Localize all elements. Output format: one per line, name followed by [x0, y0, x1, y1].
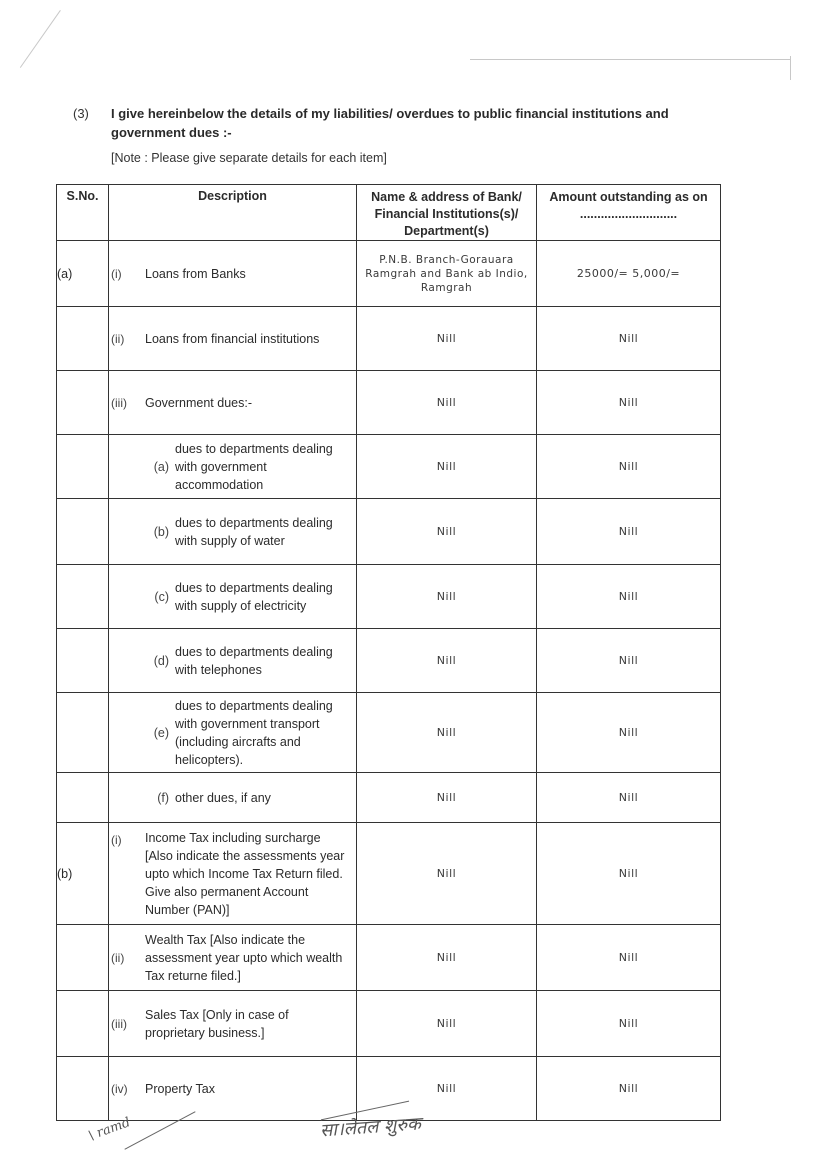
- table-body: (a)(i)Loans from BanksP.N.B. Branch-Gora…: [57, 241, 721, 1121]
- item-numeral: (ii): [109, 332, 145, 346]
- sub-item-label: (d): [137, 654, 175, 668]
- table-row: (f)other dues, if anyNillNill: [57, 773, 721, 823]
- cell-sno: (b): [57, 823, 109, 925]
- description-text: Wealth Tax [Also indicate the assessment…: [145, 931, 350, 985]
- item-numeral: (iii): [109, 1017, 145, 1031]
- cell-description: (e)dues to departments dealing with gove…: [109, 693, 357, 773]
- cell-description: (c)dues to departments dealing with supp…: [109, 565, 357, 629]
- cell-bank-name: Nill: [357, 1057, 537, 1121]
- cell-sno: [57, 925, 109, 991]
- description-text: Income Tax including surcharge [Also ind…: [145, 829, 350, 919]
- cell-sno: [57, 773, 109, 823]
- description-text: dues to departments dealing with governm…: [175, 440, 350, 494]
- cell-bank-name: Nill: [357, 773, 537, 823]
- intro-text: I give hereinbelow the details of my lia…: [111, 104, 731, 142]
- scan-artifact-tick: [790, 56, 791, 80]
- item-numeral: (iv): [109, 1082, 145, 1096]
- cell-bank-name: Nill: [357, 629, 537, 693]
- sub-item-label: (f): [137, 791, 175, 805]
- cell-description: (a)dues to departments dealing with gove…: [109, 435, 357, 499]
- cell-sno: [57, 307, 109, 371]
- cell-bank-name: Nill: [357, 925, 537, 991]
- sub-item-label: (b): [137, 525, 175, 539]
- description-text: Loans from Banks: [145, 265, 246, 283]
- section-number: (3): [73, 104, 89, 123]
- cell-description: (f)other dues, if any: [109, 773, 357, 823]
- cell-bank-name: Nill: [357, 307, 537, 371]
- item-numeral: (iii): [109, 396, 145, 410]
- table-row: (iii)Government dues:-NillNill: [57, 371, 721, 435]
- table-row: (d)dues to departments dealing with tele…: [57, 629, 721, 693]
- cell-bank-name: Nill: [357, 823, 537, 925]
- cell-sno: [57, 565, 109, 629]
- cell-bank-name: Nill: [357, 693, 537, 773]
- description-text: dues to departments dealing with telepho…: [175, 643, 350, 679]
- table-row: (a)dues to departments dealing with gove…: [57, 435, 721, 499]
- cell-description: (b)dues to departments dealing with supp…: [109, 499, 357, 565]
- cell-amount: Nill: [537, 565, 721, 629]
- description-text: Government dues:-: [145, 394, 252, 412]
- cell-sno: [57, 435, 109, 499]
- cell-sno: [57, 629, 109, 693]
- cell-description: (iii)Government dues:-: [109, 371, 357, 435]
- table-row: (iii)Sales Tax [Only in case of propriet…: [57, 991, 721, 1057]
- table-row: (ii)Loans from financial institutionsNil…: [57, 307, 721, 371]
- cell-sno: [57, 991, 109, 1057]
- cell-description: (i)Income Tax including surcharge [Also …: [109, 823, 357, 925]
- cell-description: (i)Loans from Banks: [109, 241, 357, 307]
- header-amount: Amount outstanding as on ...............…: [537, 185, 721, 241]
- table-row: (ii)Wealth Tax [Also indicate the assess…: [57, 925, 721, 991]
- cell-description: (iii)Sales Tax [Only in case of propriet…: [109, 991, 357, 1057]
- cell-amount: Nill: [537, 435, 721, 499]
- description-text: Sales Tax [Only in case of proprietary b…: [145, 1006, 350, 1042]
- cell-amount: Nill: [537, 925, 721, 991]
- cell-bank-name: Nill: [357, 435, 537, 499]
- description-text: other dues, if any: [175, 789, 350, 807]
- cell-amount: Nill: [537, 1057, 721, 1121]
- cell-sno: [57, 371, 109, 435]
- note-text: [Note : Please give separate details for…: [111, 151, 387, 165]
- liabilities-table: S.No. Description Name & address of Bank…: [56, 184, 721, 1121]
- sub-item-label: (a): [137, 460, 175, 474]
- cell-bank-name: Nill: [357, 499, 537, 565]
- item-numeral: (ii): [109, 951, 145, 965]
- cell-bank-name: Nill: [357, 991, 537, 1057]
- cell-sno: (a): [57, 241, 109, 307]
- description-text: Loans from financial institutions: [145, 330, 319, 348]
- cell-amount: Nill: [537, 499, 721, 565]
- table-header-row: S.No. Description Name & address of Bank…: [57, 185, 721, 241]
- cell-amount: Nill: [537, 371, 721, 435]
- table-row: (c)dues to departments dealing with supp…: [57, 565, 721, 629]
- cell-sno: [57, 499, 109, 565]
- sub-item-label: (c): [137, 590, 175, 604]
- table-row: (a)(i)Loans from BanksP.N.B. Branch-Gora…: [57, 241, 721, 307]
- cell-amount: Nill: [537, 823, 721, 925]
- cell-description: (d)dues to departments dealing with tele…: [109, 629, 357, 693]
- sub-item-label: (e): [137, 726, 175, 740]
- item-numeral: (i): [109, 829, 145, 847]
- cell-bank-name: P.N.B. Branch-Gorauara Ramgrah and Bank …: [357, 241, 537, 307]
- cell-sno: [57, 693, 109, 773]
- cell-bank-name: Nill: [357, 371, 537, 435]
- table-row: (b)dues to departments dealing with supp…: [57, 499, 721, 565]
- item-numeral: (i): [109, 267, 145, 281]
- cell-amount: Nill: [537, 773, 721, 823]
- cell-bank-name: Nill: [357, 565, 537, 629]
- header-name-address: Name & address of Bank/ Financial Instit…: [357, 185, 537, 241]
- cell-description: (ii)Wealth Tax [Also indicate the assess…: [109, 925, 357, 991]
- table-row: (e)dues to departments dealing with gove…: [57, 693, 721, 773]
- cell-description: (ii)Loans from financial institutions: [109, 307, 357, 371]
- table-row: (iv)Property TaxNillNill: [57, 1057, 721, 1121]
- description-text: Property Tax: [145, 1080, 350, 1098]
- cell-sno: [57, 1057, 109, 1121]
- cell-amount: Nill: [537, 307, 721, 371]
- cell-amount: 25000/= 5,000/=: [537, 241, 721, 307]
- header-description: Description: [109, 185, 357, 241]
- cell-amount: Nill: [537, 629, 721, 693]
- scan-artifact-slash: [20, 10, 61, 68]
- cell-description: (iv)Property Tax: [109, 1057, 357, 1121]
- description-text: dues to departments dealing with governm…: [175, 697, 350, 769]
- cell-amount: Nill: [537, 693, 721, 773]
- description-text: dues to departments dealing with supply …: [175, 514, 350, 550]
- scan-artifact-line: [470, 59, 790, 60]
- header-sno: S.No.: [57, 185, 109, 241]
- table-row: (b)(i)Income Tax including surcharge [Al…: [57, 823, 721, 925]
- cell-amount: Nill: [537, 991, 721, 1057]
- description-text: dues to departments dealing with supply …: [175, 579, 350, 615]
